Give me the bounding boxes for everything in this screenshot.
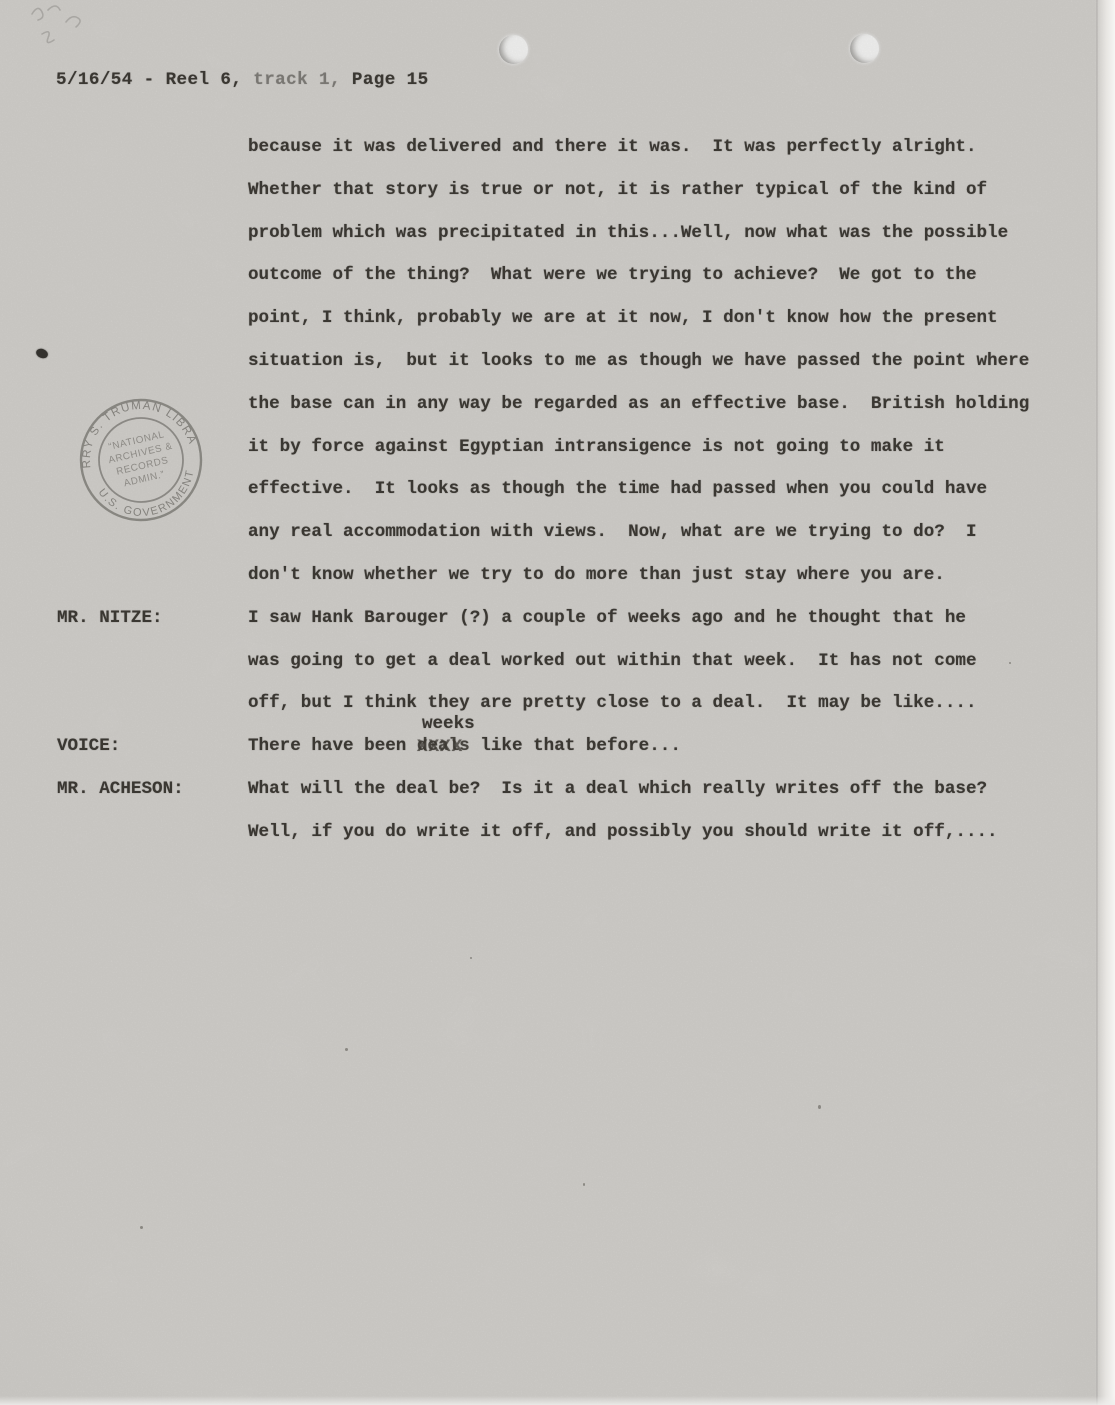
transcript-line: was going to get a deal worked out withi… bbox=[0, 651, 1115, 677]
line-text: Well, if you do write it off, and possib… bbox=[248, 822, 998, 842]
line-text: off, but I think they are pretty close t… bbox=[248, 693, 977, 713]
paper-speck bbox=[345, 1048, 348, 1051]
line-text: any real accommodation with views. Now, … bbox=[248, 522, 977, 542]
line-text: because it was delivered and there it wa… bbox=[248, 137, 977, 157]
transcript-line: don't know whether we try to do more tha… bbox=[0, 565, 1115, 591]
speaker-label: MR. ACHESON: bbox=[57, 779, 184, 799]
transcript-line: MR. NITZE:I saw Hank Barouger (?) a coup… bbox=[0, 608, 1115, 634]
paper-speck bbox=[1009, 662, 1011, 664]
overtype-strike: XXXX bbox=[417, 737, 463, 757]
inserted-word-above: weeks bbox=[422, 714, 475, 734]
transcript-line: because it was delivered and there it wa… bbox=[0, 137, 1115, 163]
line-text: the base can in any way be regarded as a… bbox=[248, 394, 1029, 414]
paper-speck bbox=[818, 1105, 821, 1109]
transcript-line: off, but I think they are pretty close t… bbox=[0, 693, 1115, 719]
punch-hole-left bbox=[499, 35, 528, 64]
line-text: it by force against Egyptian intransigen… bbox=[248, 437, 945, 457]
struck-word: dealsXXXXweeks bbox=[417, 736, 470, 756]
line-text: was going to get a deal worked out withi… bbox=[248, 651, 977, 671]
line-text: I saw Hank Barouger (?) a couple of week… bbox=[248, 608, 966, 628]
transcript-line: it by force against Egyptian intransigen… bbox=[0, 437, 1115, 463]
page-bottom-edge bbox=[0, 1396, 1115, 1405]
transcript-line: VOICE:There have been dealsXXXXweeks lik… bbox=[0, 736, 1115, 762]
transcript-line: situation is, but it looks to me as thou… bbox=[0, 351, 1115, 377]
punch-hole-right bbox=[850, 34, 879, 63]
speaker-label: MR. NITZE: bbox=[57, 608, 163, 628]
line-text: What will the deal be? Is it a deal whic… bbox=[248, 779, 987, 799]
page-header: 5/16/54 - Reel 6, track 1, Page 15 bbox=[56, 70, 429, 90]
transcript-line: any real accommodation with views. Now, … bbox=[0, 522, 1115, 548]
pencil-scribble bbox=[14, 0, 134, 60]
paper-speck bbox=[140, 1226, 143, 1229]
line-text: problem which was precipitated in this..… bbox=[248, 223, 1008, 243]
line-text: situation is, but it looks to me as thou… bbox=[248, 351, 1029, 371]
line-text: There have been dealsXXXXweeks like that… bbox=[248, 736, 681, 756]
transcript-line: the base can in any way be regarded as a… bbox=[0, 394, 1115, 420]
header-part: Page 15 bbox=[352, 70, 429, 90]
line-text: outcome of the thing? What were we tryin… bbox=[248, 265, 977, 285]
line-text: effective. It looks as though the time h… bbox=[248, 479, 987, 499]
transcript-line: effective. It looks as though the time h… bbox=[0, 479, 1115, 505]
transcript-line: MR. ACHESON:What will the deal be? Is it… bbox=[0, 779, 1115, 805]
paper-speck bbox=[583, 1183, 585, 1186]
transcript-line: point, I think, probably we are at it no… bbox=[0, 308, 1115, 334]
transcript-line: outcome of the thing? What were we tryin… bbox=[0, 265, 1115, 291]
header-part: 5/16/54 - Reel 6, bbox=[56, 70, 253, 90]
paper-speck bbox=[470, 957, 472, 959]
line-text: Whether that story is true or not, it is… bbox=[248, 180, 987, 200]
header-part: track 1, bbox=[253, 70, 352, 90]
transcript-line: Well, if you do write it off, and possib… bbox=[0, 822, 1115, 848]
transcript-line: problem which was precipitated in this..… bbox=[0, 223, 1115, 249]
transcript-line: Whether that story is true or not, it is… bbox=[0, 180, 1115, 206]
scanned-document-page: 5/16/54 - Reel 6, track 1, Page 15 HARRY… bbox=[0, 0, 1115, 1405]
speaker-label: VOICE: bbox=[57, 736, 120, 756]
line-text: point, I think, probably we are at it no… bbox=[248, 308, 998, 328]
line-text: don't know whether we try to do more tha… bbox=[248, 565, 945, 585]
